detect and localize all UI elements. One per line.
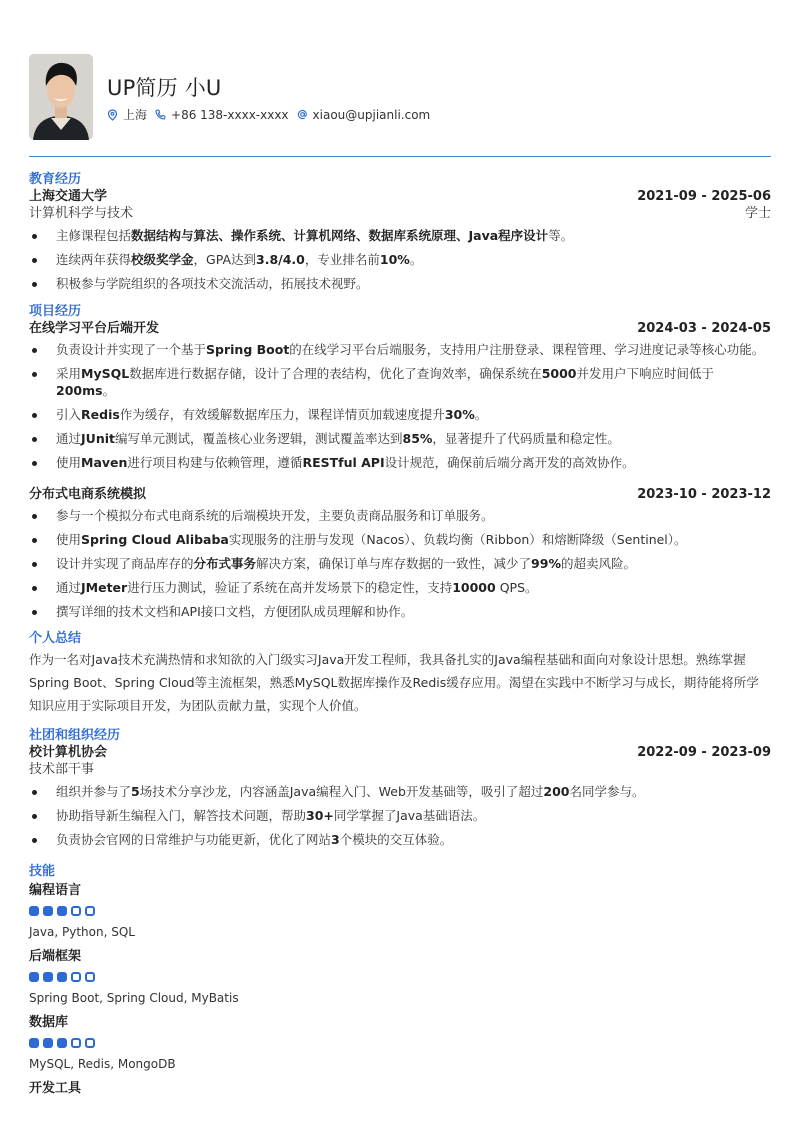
- entry-date: 2023-10 - 2023-12: [637, 486, 771, 503]
- bullet-list: 组织并参与了5场技术分享沙龙，内容涵盖Java编程入门、Web开发基础等，吸引了…: [29, 783, 771, 849]
- section-title: 项目经历: [29, 303, 771, 320]
- email-text[interactable]: xiaou@upjianli.com: [313, 108, 431, 122]
- list-item: 协助指导新生编程入门，解答技术问题，帮助30+同学掌握了Java基础语法。: [29, 807, 771, 825]
- list-item: 使用Spring Cloud Alibaba实现服务的注册与发现（Nacos）、…: [29, 531, 771, 549]
- list-item: 负责协会官网的日常维护与功能更新，优化了网站3个模块的交互体验。: [29, 831, 771, 849]
- skill-name: 数据库: [29, 1014, 771, 1032]
- section-title: 个人总结: [29, 630, 771, 647]
- entry-header: 分布式电商系统模拟 2023-10 - 2023-12: [29, 486, 771, 503]
- skill-items-text: Spring Boot, Spring Cloud, MyBatis: [29, 990, 771, 1006]
- rating-dot-empty-icon: [71, 972, 81, 982]
- rating-dot-filled-icon: [43, 972, 53, 982]
- skill-item: 编程语言Java, Python, SQL: [29, 882, 771, 940]
- rating-dot-filled-icon: [29, 1038, 39, 1048]
- skill-items-text: MySQL, Redis, MongoDB: [29, 1056, 771, 1072]
- phone-icon: [155, 109, 166, 120]
- bullet-list: 负责设计并实现了一个基于Spring Boot的在线学习平台后端服务，支持用户注…: [29, 341, 771, 472]
- rating-dot-filled-icon: [57, 906, 67, 916]
- list-item: 通过JMeter进行压力测试，验证了系统在高并发场景下的稳定性，支持10000 …: [29, 579, 771, 597]
- skill-level-rating: [29, 972, 771, 984]
- rating-dot-empty-icon: [85, 906, 95, 916]
- entry-header: 在线学习平台后端开发 2024-03 - 2024-05: [29, 320, 771, 337]
- skill-name: 开发工具: [29, 1080, 771, 1098]
- rating-dot-filled-icon: [57, 972, 67, 982]
- rating-dot-empty-icon: [71, 906, 81, 916]
- role: 技术部干事: [29, 761, 94, 779]
- list-item: 设计并实现了商品库存的分布式事务解决方案，确保订单与库存数据的一致性，减少了99…: [29, 555, 771, 573]
- skill-level-rating: [29, 906, 771, 918]
- major: 计算机科学与技术: [29, 205, 133, 223]
- list-item: 主修课程包括数据结构与算法、操作系统、计算机网络、数据库系统原理、Java程序设…: [29, 227, 771, 245]
- education-section: 教育经历 上海交通大学 2021-09 - 2025-06 计算机科学与技术 学…: [29, 171, 771, 293]
- list-item: 连续两年获得校级奖学金，GPA达到3.8/4.0，专业排名前10%。: [29, 251, 771, 269]
- project-name: 在线学习平台后端开发: [29, 320, 159, 337]
- bullet-list: 主修课程包括数据结构与算法、操作系统、计算机网络、数据库系统原理、Java程序设…: [29, 227, 771, 293]
- contact-email[interactable]: xiaou@upjianli.com: [297, 108, 431, 122]
- skill-item: 开发工具: [29, 1080, 771, 1098]
- avatar: [29, 54, 93, 140]
- rating-dot-filled-icon: [29, 906, 39, 916]
- rating-dot-empty-icon: [85, 1038, 95, 1048]
- list-item: 引入Redis作为缓存，有效缓解数据库压力，课程详情页加载速度提升30%。: [29, 406, 771, 424]
- rating-dot-empty-icon: [71, 1038, 81, 1048]
- list-item: 采用MySQL数据库进行数据存储，设计了合理的表结构，优化了查询效率，确保系统在…: [29, 365, 771, 400]
- projects-section: 项目经历 在线学习平台后端开发 2024-03 - 2024-05 负责设计并实…: [29, 303, 771, 621]
- clubs-section: 社团和组织经历 校计算机协会 2022-09 - 2023-09 技术部干事 组…: [29, 727, 771, 849]
- entry-date: 2022-09 - 2023-09: [637, 744, 771, 761]
- list-item: 撰写详细的技术文档和API接口文档，方便团队成员理解和协作。: [29, 603, 771, 621]
- section-title: 技能: [29, 863, 771, 880]
- list-item: 参与一个模拟分布式电商系统的后端模块开发，主要负责商品服务和订单服务。: [29, 507, 771, 525]
- rating-dot-empty-icon: [85, 972, 95, 982]
- resume-header: UP简历 小U 上海 +86 138-xxxx-xxxx: [29, 0, 771, 157]
- list-item: 积极参与学院组织的各项技术交流活动，拓展技术视野。: [29, 275, 771, 293]
- section-title: 教育经历: [29, 171, 771, 188]
- contact-location: 上海: [107, 106, 147, 123]
- rating-dot-filled-icon: [43, 906, 53, 916]
- contact-phone: +86 138-xxxx-xxxx: [155, 108, 289, 122]
- skill-items-text: Java, Python, SQL: [29, 924, 771, 940]
- summary-text: 作为一名对Java技术充满热情和求知欲的入门级实习Java开发工程师，我具备扎实…: [29, 648, 771, 717]
- section-title: 社团和组织经历: [29, 727, 771, 744]
- skill-level-rating: [29, 1038, 771, 1050]
- skills-list: 编程语言Java, Python, SQL后端框架Spring Boot, Sp…: [29, 882, 771, 1098]
- phone-text: +86 138-xxxx-xxxx: [171, 108, 289, 122]
- project-name: 分布式电商系统模拟: [29, 486, 146, 503]
- skill-name: 后端框架: [29, 948, 771, 966]
- portrait-image: [29, 54, 93, 140]
- candidate-name: UP简历 小U: [107, 72, 221, 102]
- rating-dot-filled-icon: [29, 972, 39, 982]
- rating-dot-filled-icon: [43, 1038, 53, 1048]
- at-sign-icon: [297, 109, 308, 120]
- skill-name: 编程语言: [29, 882, 771, 900]
- bullet-list: 参与一个模拟分布式电商系统的后端模块开发，主要负责商品服务和订单服务。 使用Sp…: [29, 507, 771, 621]
- entry-subtitle: 计算机科学与技术 学士: [29, 205, 771, 223]
- list-item: 负责设计并实现了一个基于Spring Boot的在线学习平台后端服务，支持用户注…: [29, 341, 771, 359]
- entry-subtitle: 技术部干事: [29, 761, 771, 779]
- school-name: 上海交通大学: [29, 188, 107, 205]
- location-pin-icon: [107, 109, 118, 121]
- degree: 学士: [745, 205, 771, 223]
- summary-section: 个人总结 作为一名对Java技术充满热情和求知欲的入门级实习Java开发工程师，…: [29, 630, 771, 717]
- skills-section: 技能 编程语言Java, Python, SQL后端框架Spring Boot,…: [29, 863, 771, 1098]
- contact-info: 上海 +86 138-xxxx-xxxx xiaou@upjianli.com: [107, 106, 438, 123]
- entry-date: 2021-09 - 2025-06: [637, 188, 771, 205]
- rating-dot-filled-icon: [57, 1038, 67, 1048]
- list-item: 组织并参与了5场技术分享沙龙，内容涵盖Java编程入门、Web开发基础等，吸引了…: [29, 783, 771, 801]
- list-item: 通过JUnit编写单元测试，覆盖核心业务逻辑，测试覆盖率达到85%，显著提升了代…: [29, 430, 771, 448]
- skill-item: 数据库MySQL, Redis, MongoDB: [29, 1014, 771, 1072]
- list-item: 使用Maven进行项目构建与依赖管理，遵循RESTful API设计规范，确保前…: [29, 454, 771, 472]
- skill-item: 后端框架Spring Boot, Spring Cloud, MyBatis: [29, 948, 771, 1006]
- org-name: 校计算机协会: [29, 744, 107, 761]
- location-text: 上海: [123, 106, 147, 123]
- entry-header: 校计算机协会 2022-09 - 2023-09: [29, 744, 771, 761]
- entry-header: 上海交通大学 2021-09 - 2025-06: [29, 188, 771, 205]
- resume-page: UP简历 小U 上海 +86 138-xxxx-xxxx: [0, 0, 800, 1130]
- entry-date: 2024-03 - 2024-05: [637, 320, 771, 337]
